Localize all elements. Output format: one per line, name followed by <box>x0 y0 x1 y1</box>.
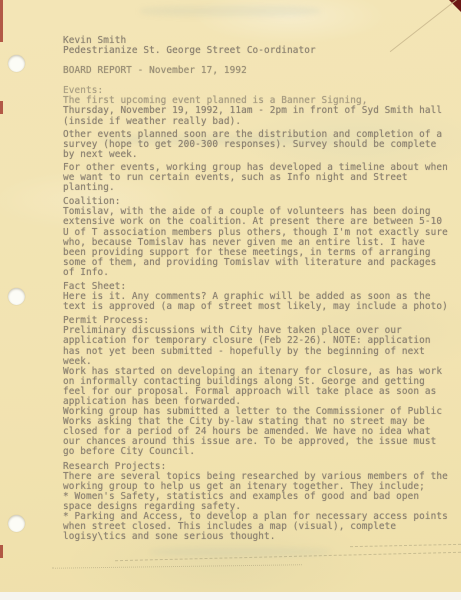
hole-punch <box>8 55 25 72</box>
report-title: BOARD REPORT - November 17, 1992 <box>63 66 455 76</box>
section-events: Events: The first upcoming event planned… <box>63 86 455 193</box>
section-coalition: Coalition: Tomislav, with the aide of a … <box>63 197 455 278</box>
corner-fold-mark <box>449 0 461 12</box>
bleed-through-lines <box>52 564 302 568</box>
edge-artifact <box>0 0 3 42</box>
bleed-through-lines <box>350 544 461 547</box>
paragraph: There are several topics being researche… <box>63 472 455 543</box>
bleed-through-smudge <box>140 6 320 16</box>
paragraph: The first upcoming event planned is a Ba… <box>63 96 455 126</box>
hole-punch <box>8 515 25 532</box>
hole-punch <box>8 288 25 305</box>
paragraph: Here is it. Any comments? A graphic will… <box>63 292 455 312</box>
paragraph: For other events, working group has deve… <box>63 163 455 193</box>
section-research-projects: Research Projects: There are several top… <box>63 462 455 543</box>
report-body: Kevin Smith Pedestrianize St. George Str… <box>63 36 455 542</box>
paragraph: Tomislav, with the aide of a couple of v… <box>63 207 455 278</box>
section-fact-sheet: Fact Sheet: Here is it. Any comments? A … <box>63 282 455 312</box>
scanned-page: Kevin Smith Pedestrianize St. George Str… <box>0 0 461 592</box>
scanner-edge <box>0 592 461 600</box>
edge-artifact <box>0 545 3 558</box>
edge-artifact <box>0 101 3 114</box>
paragraph: Preliminary discussions with City have t… <box>63 326 455 457</box>
section-permit-process: Permit Process: Preliminary discussions … <box>63 316 455 457</box>
paragraph: Other events planned soon are the distri… <box>63 130 455 160</box>
